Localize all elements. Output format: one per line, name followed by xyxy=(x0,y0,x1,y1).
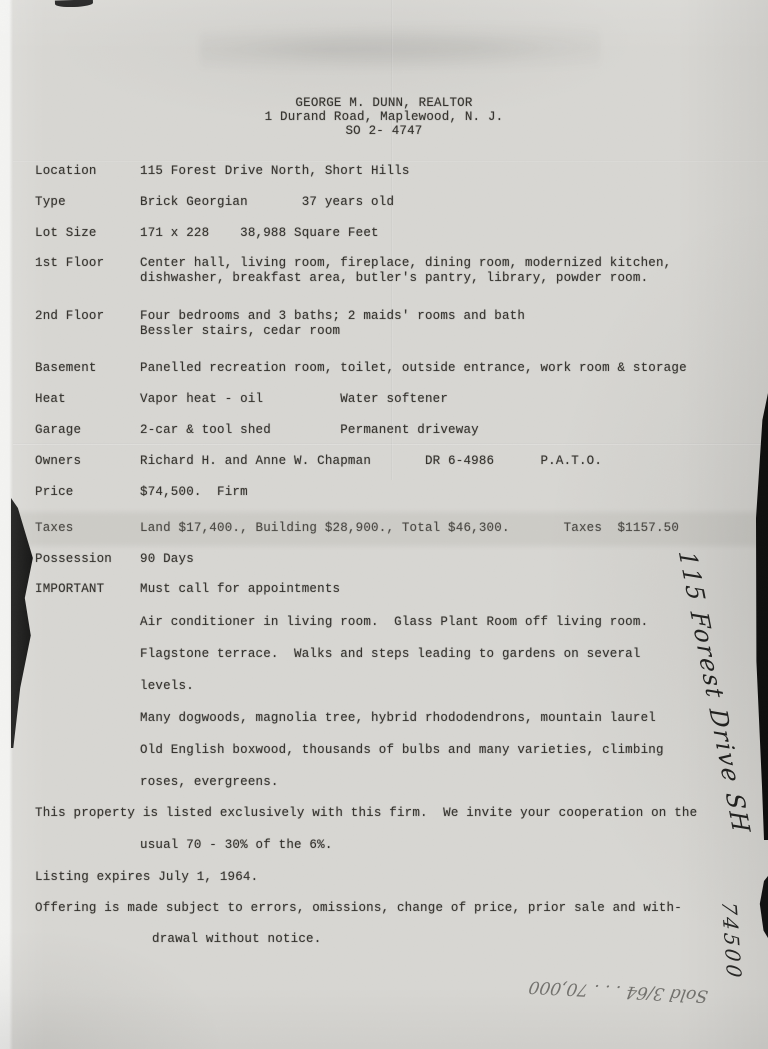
description-line: roses, evergreens. xyxy=(140,775,279,790)
field-row-location: Location 115 Forest Drive North, Short H… xyxy=(35,164,755,179)
field-label: 2nd Floor xyxy=(35,309,140,339)
bleed-through-ghost xyxy=(200,22,600,77)
closing-line: usual 70 - 30% of the 6%. xyxy=(140,838,333,853)
handwritten-price-note: 74500 xyxy=(717,900,747,981)
field-row-heat: Heat Vapor heat - oil Water softener xyxy=(35,392,755,407)
field-row-important: IMPORTANT Must call for appointments xyxy=(35,582,755,597)
scanned-listing-page: GEORGE M. DUNN, REALTOR 1 Durand Road, M… xyxy=(0,0,768,1049)
field-value: Richard H. and Anne W. Chapman DR 6-4986… xyxy=(140,454,755,469)
scan-black-strip-right-lower xyxy=(758,876,768,938)
field-row-taxes: Taxes Land $17,400., Building $28,900., … xyxy=(35,521,755,536)
field-row-2nd-floor: 2nd Floor Four bedrooms and 3 baths; 2 m… xyxy=(35,309,755,339)
description-line: Air conditioner in living room. Glass Pl… xyxy=(140,615,648,630)
letterhead: GEORGE M. DUNN, REALTOR 1 Durand Road, M… xyxy=(0,96,768,138)
field-label: Price xyxy=(35,485,140,500)
fold-crease-horizontal xyxy=(0,443,768,446)
field-value: Four bedrooms and 3 baths; 2 maids' room… xyxy=(140,309,755,339)
closing-line: This property is listed exclusively with… xyxy=(35,806,697,821)
field-row-type: Type Brick Georgian 37 years old xyxy=(35,195,755,210)
description-line: levels. xyxy=(140,679,194,694)
field-value: $74,500. Firm xyxy=(140,485,755,500)
field-value: Panelled recreation room, toilet, outsid… xyxy=(140,361,755,376)
field-value: 2-car & tool shed Permanent driveway xyxy=(140,423,755,438)
field-label: IMPORTANT xyxy=(35,582,140,597)
field-label: 1st Floor xyxy=(35,256,140,286)
realtor-name: GEORGE M. DUNN, REALTOR xyxy=(0,96,768,110)
field-value: Land $17,400., Building $28,900., Total … xyxy=(140,521,755,536)
field-label: Taxes xyxy=(35,521,140,536)
scan-top-edge-mark xyxy=(55,0,93,8)
closing-line: drawal without notice. xyxy=(152,932,321,947)
field-row-lot-size: Lot Size 171 x 228 38,988 Square Feet xyxy=(35,226,755,241)
field-label: Location xyxy=(35,164,140,179)
field-value: Must call for appointments xyxy=(140,582,755,597)
field-value: Vapor heat - oil Water softener xyxy=(140,392,755,407)
description-line: Flagstone terrace. Walks and steps leadi… xyxy=(140,647,641,662)
field-row-possession: Possession 90 Days xyxy=(35,552,755,567)
field-row-1st-floor: 1st Floor Center hall, living room, fire… xyxy=(35,256,755,286)
description-line: Many dogwoods, magnolia tree, hybrid rho… xyxy=(140,711,656,726)
field-value: 90 Days xyxy=(140,552,755,567)
field-row-owners: Owners Richard H. and Anne W. Chapman DR… xyxy=(35,454,755,469)
field-label: Owners xyxy=(35,454,140,469)
realtor-phone: SO 2- 4747 xyxy=(0,124,768,138)
field-label: Possession xyxy=(35,552,140,567)
field-value: Brick Georgian 37 years old xyxy=(140,195,755,210)
closing-line: Offering is made subject to errors, omis… xyxy=(35,901,682,916)
field-value: Center hall, living room, fireplace, din… xyxy=(140,256,755,286)
description-line: Old English boxwood, thousands of bulbs … xyxy=(140,743,664,758)
fold-crease-horizontal xyxy=(0,160,768,163)
field-label: Heat xyxy=(35,392,140,407)
realtor-address: 1 Durand Road, Maplewood, N. J. xyxy=(0,110,768,124)
field-label: Type xyxy=(35,195,140,210)
handwritten-sold-note: Sold 3/64 . . . 70,000 xyxy=(407,970,710,1006)
field-label: Garage xyxy=(35,423,140,438)
field-row-basement: Basement Panelled recreation room, toile… xyxy=(35,361,755,376)
field-label: Lot Size xyxy=(35,226,140,241)
closing-line: Listing expires July 1, 1964. xyxy=(35,870,258,885)
field-value: 171 x 228 38,988 Square Feet xyxy=(140,226,755,241)
field-value: 115 Forest Drive North, Short Hills xyxy=(140,164,755,179)
field-label: Basement xyxy=(35,361,140,376)
field-row-price: Price $74,500. Firm xyxy=(35,485,755,500)
field-row-garage: Garage 2-car & tool shed Permanent drive… xyxy=(35,423,755,438)
